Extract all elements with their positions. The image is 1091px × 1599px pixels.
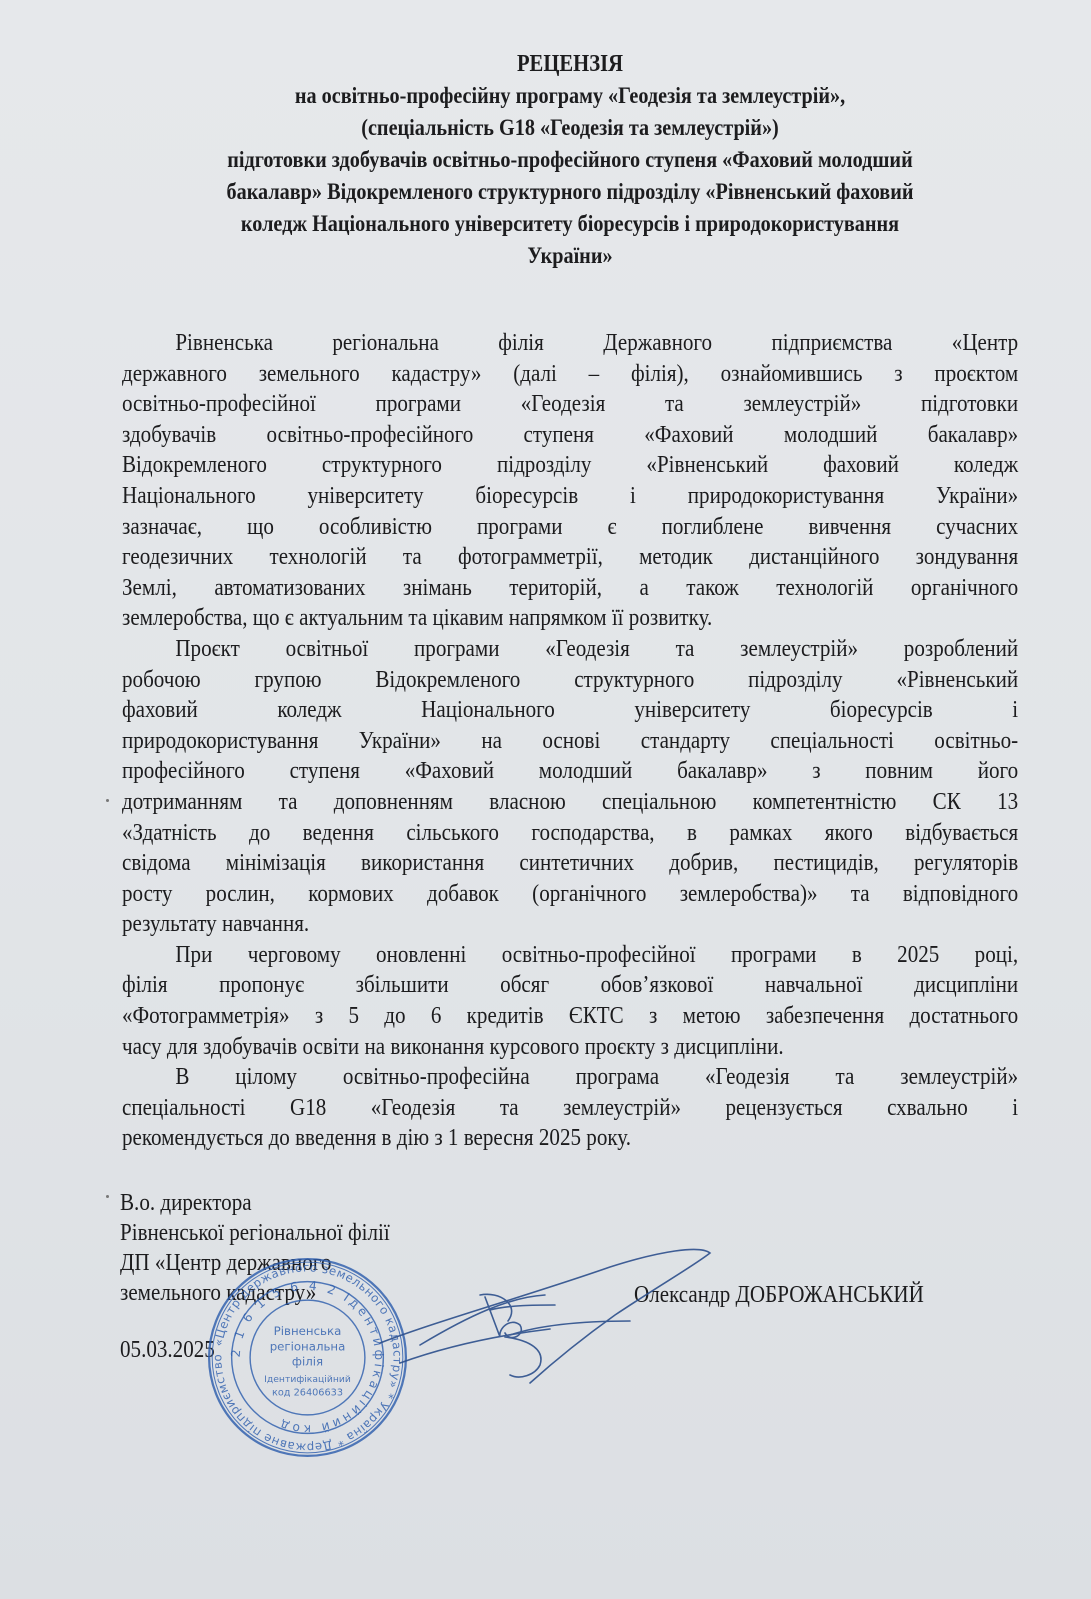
svg-text:Ідентифікаційний: Ідентифікаційний bbox=[264, 1374, 351, 1385]
text-line: В цілому освітньо-професійна програма «Г… bbox=[122, 1062, 1018, 1093]
text-line: філія пропонує збільшити обсяг обов’язко… bbox=[122, 970, 1018, 1001]
paragraph-4: В цілому освітньо-професійна програма «Г… bbox=[122, 1062, 1018, 1154]
svg-text:код 26406633: код 26406633 bbox=[272, 1387, 343, 1398]
subtitle-line: на освітньо-професійну програму «Геодезі… bbox=[183, 80, 957, 112]
document-page: РЕЦЕНЗІЯ на освітньо-професійну програму… bbox=[0, 0, 1091, 1599]
margin-speck bbox=[106, 799, 109, 802]
margin-speck bbox=[106, 1195, 109, 1198]
document-date: 05.03.2025 bbox=[120, 1336, 215, 1364]
paragraph-2: Проєкт освітньої програми «Геодезія та з… bbox=[122, 634, 1018, 940]
document-header: РЕЦЕНЗІЯ на освітньо-професійну програму… bbox=[183, 48, 957, 272]
text-line: робочою групою Відокремленого структурно… bbox=[122, 665, 1018, 696]
subtitle-line: підготовки здобувачів освітньо-професійн… bbox=[183, 144, 957, 176]
svg-text:філія: філія bbox=[292, 1355, 323, 1369]
text-line: рекомендується до введення в дію з 1 вер… bbox=[122, 1123, 1018, 1154]
text-line: «Здатність до ведення сільського господа… bbox=[122, 818, 1018, 849]
text-line: освітньо-професійної програми «Геодезія … bbox=[122, 389, 1018, 420]
text-line: дотриманням та доповненням власною спеці… bbox=[122, 787, 1018, 818]
text-line: Національного університету біоресурсів і… bbox=[122, 481, 1018, 512]
text-line: професійного ступеня «Фаховий молодший б… bbox=[122, 756, 1018, 787]
svg-text:Рівненська: Рівненська bbox=[274, 1324, 342, 1338]
text-line: зазначає, що особливістю програми є погл… bbox=[122, 512, 1018, 543]
text-line: росту рослин, кормових добавок (органічн… bbox=[122, 879, 1018, 910]
text-line: землеробства, що є актуальним та цікавим… bbox=[122, 603, 1018, 634]
text-line: результату навчання. bbox=[122, 909, 1018, 940]
paragraph-1: Рівненська регіональна філія Державного … bbox=[122, 328, 1018, 634]
paragraph-3: При черговому оновленні освітньо-професі… bbox=[122, 940, 1018, 1062]
subtitle-line: коледж Національного університету біорес… bbox=[183, 208, 957, 240]
text-line: геодезичних технологій та фотограмметрії… bbox=[122, 542, 1018, 573]
handwritten-signature-icon bbox=[360, 1225, 740, 1385]
text-line: фаховий коледж Національного університет… bbox=[122, 695, 1018, 726]
position-line: Рівненської регіональної філії bbox=[120, 1218, 390, 1248]
text-line: природокористування України» на основі с… bbox=[122, 726, 1018, 757]
position-line: В.о. директора bbox=[120, 1188, 390, 1218]
text-line: свідома мінімізація використання синтети… bbox=[122, 848, 1018, 879]
text-line: часу для здобувачів освіти на виконання … bbox=[122, 1032, 1018, 1063]
document-title: РЕЦЕНЗІЯ bbox=[183, 48, 957, 80]
text-line: «Фотограмметрія» з 5 до 6 кредитів ЄКТС … bbox=[122, 1001, 1018, 1032]
subtitle-line: (спеціальність G18 «Геодезія та землеуст… bbox=[183, 112, 957, 144]
document-body: Рівненська регіональна філія Державного … bbox=[122, 328, 1018, 1154]
text-line: Відокремленого структурного підрозділу «… bbox=[122, 450, 1018, 481]
subtitle-line: бакалавр» Відокремленого структурного пі… bbox=[183, 176, 957, 208]
subtitle-line: України» bbox=[183, 240, 957, 272]
svg-text:регіональна: регіональна bbox=[270, 1339, 346, 1353]
text-line: При черговому оновленні освітньо-професі… bbox=[122, 940, 1018, 971]
text-line: Проєкт освітньої програми «Геодезія та з… bbox=[122, 634, 1018, 665]
text-line: спеціальності G18 «Геодезія та землеустр… bbox=[122, 1093, 1018, 1124]
text-line: державного земельного кадастру» (далі – … bbox=[122, 359, 1018, 390]
text-line: Рівненська регіональна філія Державного … bbox=[122, 328, 1018, 359]
text-line: Землі, автоматизованих знімань територій… bbox=[122, 573, 1018, 604]
text-line: здобувачів освітньо-професійного ступеня… bbox=[122, 420, 1018, 451]
